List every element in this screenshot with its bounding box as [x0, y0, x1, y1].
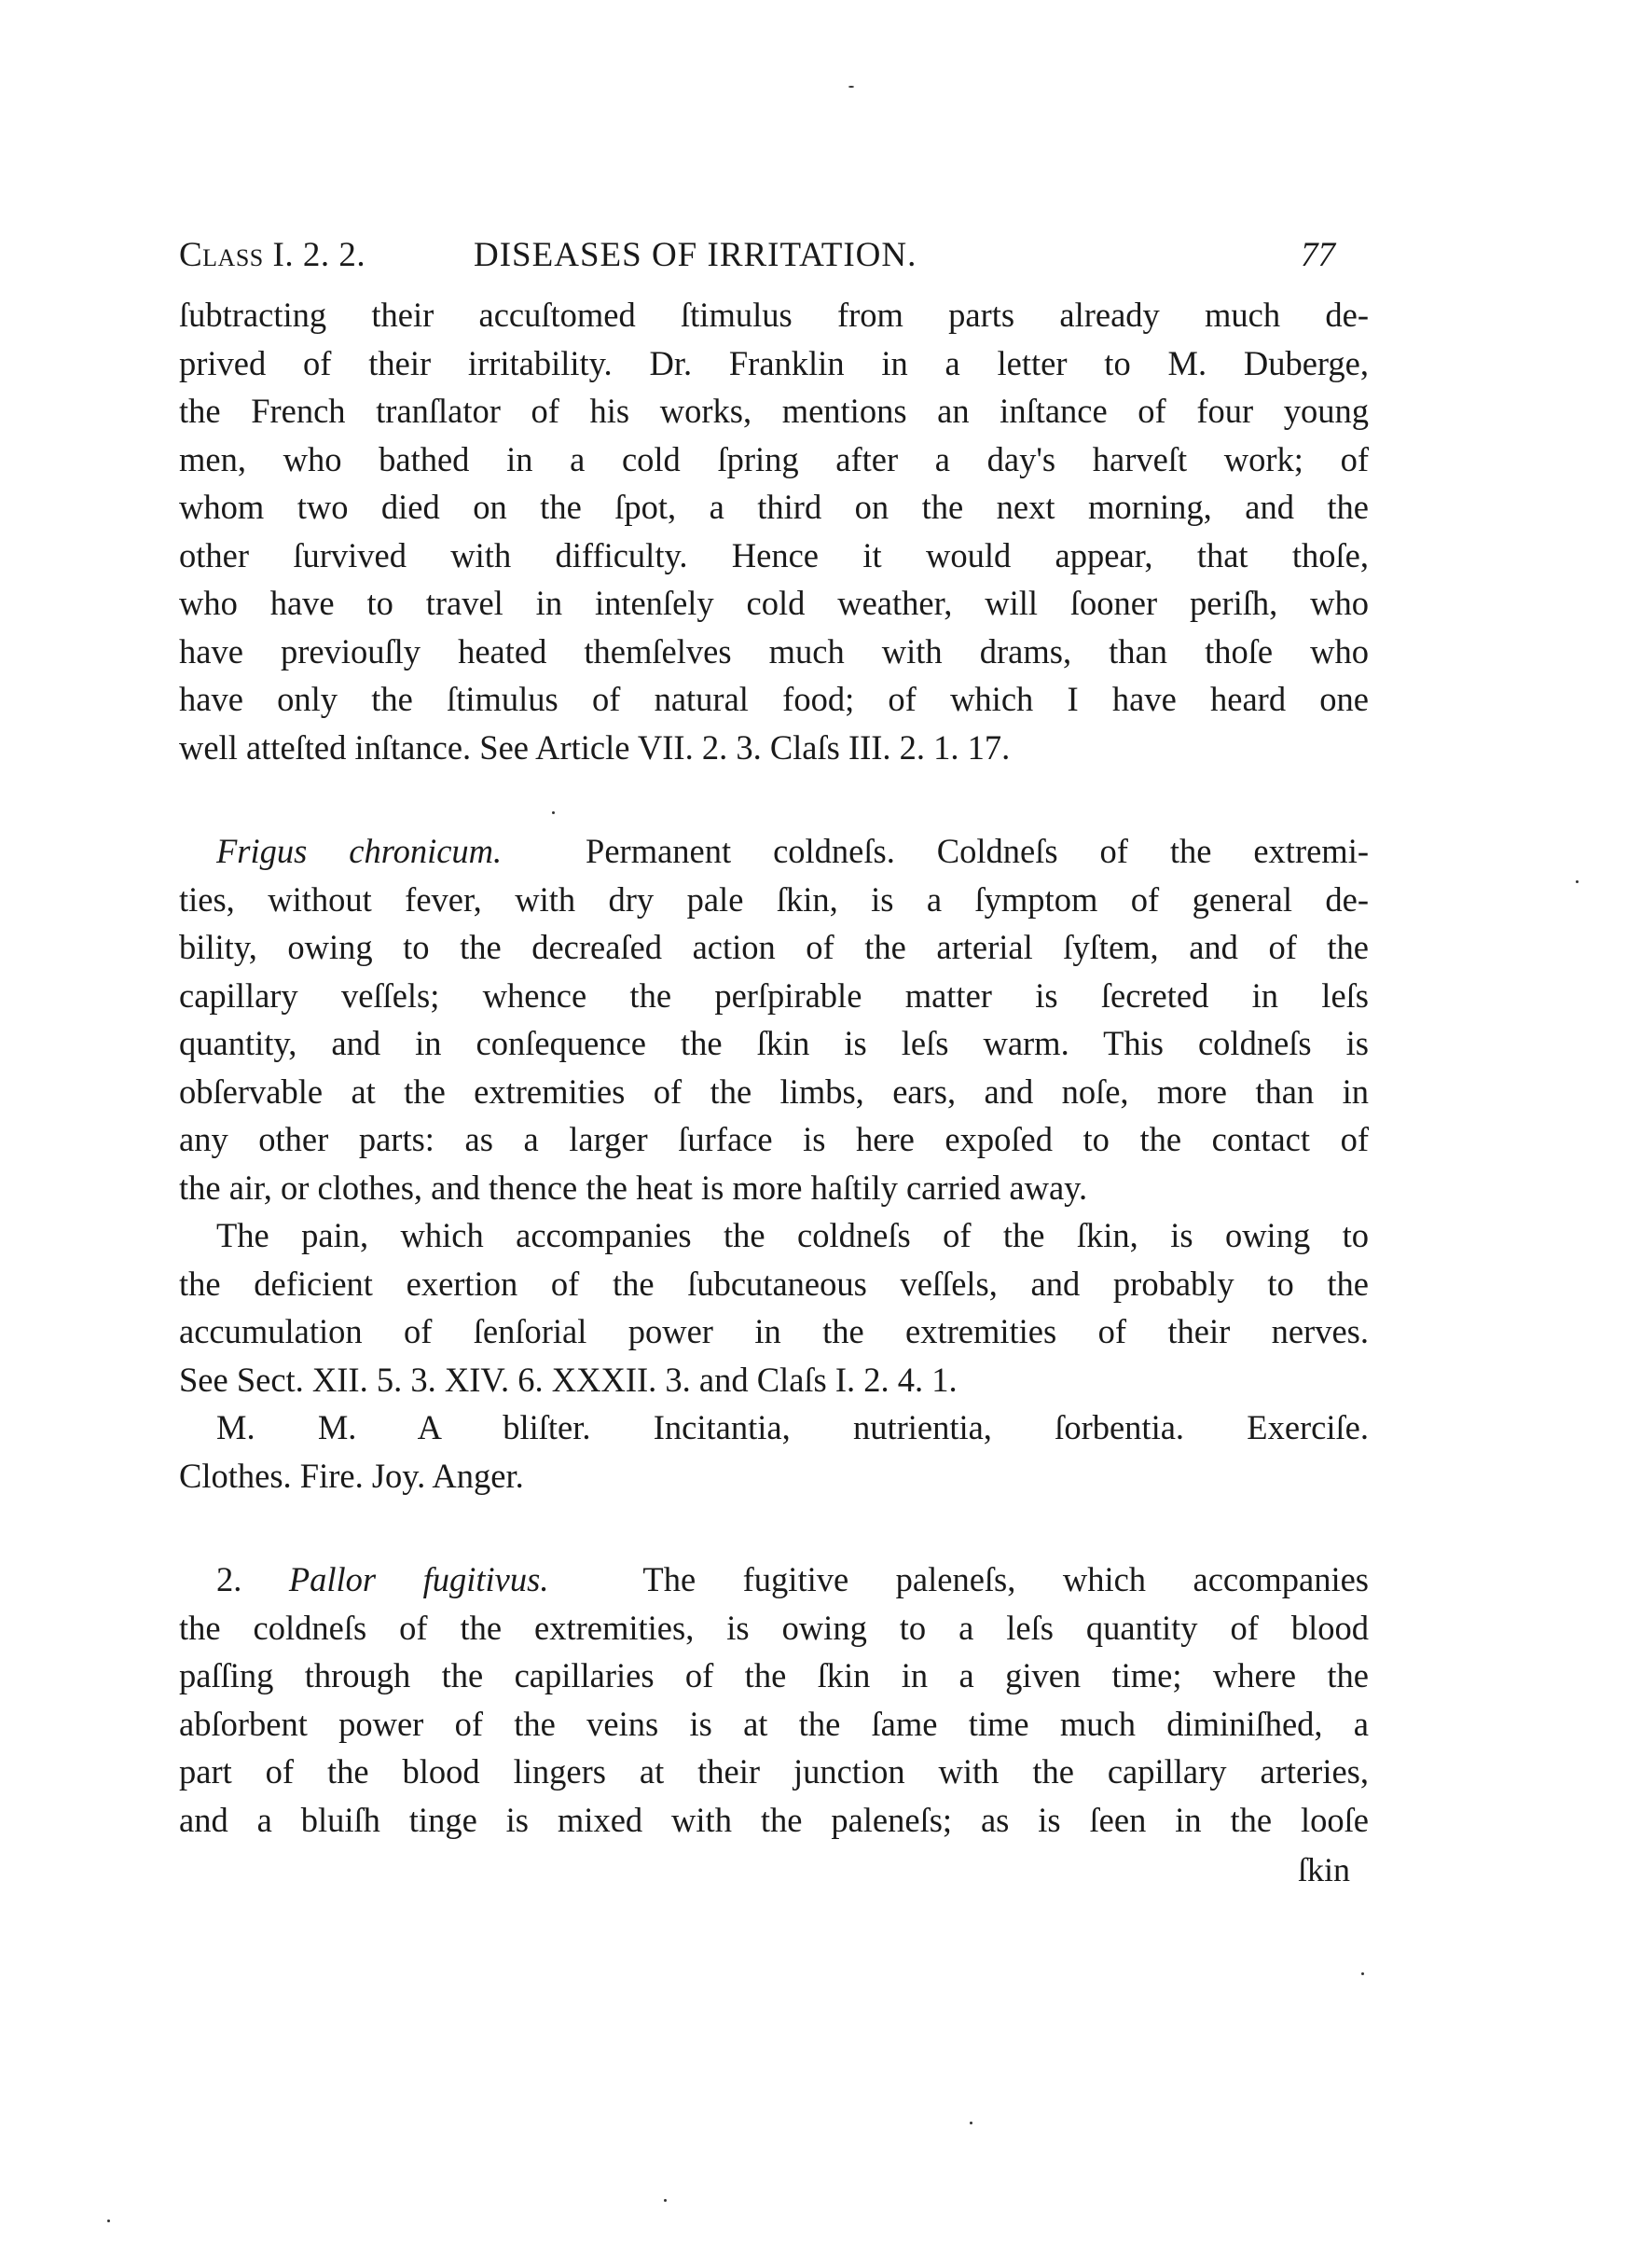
- cross-reference-line: See Sect. XII. 5. 3. XIV. 6. XXXII. 3. a…: [179, 1356, 1369, 1404]
- text-line: Clothes. Fire. Joy. Anger.: [179, 1452, 1369, 1500]
- ink-speck: [1361, 1972, 1364, 1975]
- text-line: have only the ſtimulus of natural food; …: [179, 675, 1369, 724]
- text-line: and a bluiſh tinge is mixed with the pal…: [179, 1796, 1369, 1845]
- ink-speck: [107, 2220, 110, 2222]
- section-term: Pallor fugitivus.: [289, 1560, 549, 1598]
- catchword: ſkin: [1298, 1846, 1350, 1894]
- section-gap: [179, 1500, 1369, 1556]
- running-header: Class I. 2. 2. DISEASES OF IRRITATION. 7…: [179, 231, 1335, 280]
- ink-speck: [970, 2122, 972, 2124]
- text-line: quantity, and in conſequence the ſkin is…: [179, 1019, 1369, 1068]
- text-line: accumulation of ſenſorial power in the e…: [179, 1307, 1369, 1356]
- paragraph-frigus-chronicum: Frigus chronicum. Permanent coldneſs. Co…: [179, 827, 1369, 1211]
- section-number: 2.: [216, 1560, 241, 1598]
- ink-speck: [848, 86, 854, 88]
- text-line: M. M. A bliſter. Incitantia, nutrientia,…: [179, 1404, 1369, 1452]
- section-first-line-text: Permanent coldneſs. Coldneſs of the extr…: [586, 832, 1369, 870]
- ink-speck: [664, 2199, 667, 2202]
- text-line: prived of their irritability. Dr. Frankl…: [179, 339, 1369, 388]
- book-page: Class I. 2. 2. DISEASES OF IRRITATION. 7…: [0, 0, 1641, 2268]
- text-line: the coldneſs of the extremities, is owin…: [179, 1604, 1369, 1653]
- page-body: ſubtracting their accuſtomed ſtimulus fr…: [179, 291, 1369, 1844]
- ink-speck: [1576, 880, 1579, 883]
- ink-speck: [552, 811, 555, 814]
- page-number: 77: [1301, 231, 1335, 280]
- text-line: part of the blood lingers at their junct…: [179, 1748, 1369, 1796]
- section-first-line: Frigus chronicum. Permanent coldneſs. Co…: [179, 827, 1369, 876]
- text-line: paſſing through the capillaries of the ſ…: [179, 1652, 1369, 1700]
- section-gap: [179, 771, 1369, 827]
- text-line: have previouſly heated themſelves much w…: [179, 628, 1369, 676]
- text-line: capillary veſſels; whence the perſpirabl…: [179, 972, 1369, 1020]
- text-line: men, who bathed in a cold ſpring after a…: [179, 436, 1369, 484]
- paragraph-materia-medica: M. M. A bliſter. Incitantia, nutrientia,…: [179, 1404, 1369, 1500]
- text-line: abſorbent power of the veins is at the ſ…: [179, 1700, 1369, 1749]
- text-line: The pain, which accompanies the coldneſs…: [179, 1211, 1369, 1260]
- text-line: any other parts: as a larger ſurface is …: [179, 1115, 1369, 1164]
- running-head-class: Class I. 2. 2.: [179, 231, 365, 280]
- section-first-line: 2. Pallor fugitivus. The fugitive palene…: [179, 1556, 1369, 1604]
- section-term: Frigus chronicum.: [216, 832, 502, 870]
- paragraph-pallor-fugitivus: 2. Pallor fugitivus. The fugitive palene…: [179, 1556, 1369, 1844]
- text-line: whom two died on the ſpot, a third on th…: [179, 483, 1369, 532]
- text-line: the air, or clothes, and thence the heat…: [179, 1164, 1369, 1212]
- text-line: the French tranſlator of his works, ment…: [179, 387, 1369, 436]
- text-line: ſubtracting their accuſtomed ſtimulus fr…: [179, 291, 1369, 339]
- running-head-title: DISEASES OF IRRITATION.: [474, 231, 917, 280]
- paragraph-continuation: ſubtracting their accuſtomed ſtimulus fr…: [179, 291, 1369, 771]
- text-line: ties, without fever, with dry pale ſkin,…: [179, 876, 1369, 924]
- text-line: the deficient exertion of the ſubcutaneo…: [179, 1260, 1369, 1308]
- text-line: bility, owing to the decreaſed action of…: [179, 923, 1369, 972]
- section-first-line-text: The fugitive paleneſs, which accompanies: [642, 1560, 1369, 1598]
- paragraph-pain: The pain, which accompanies the coldneſs…: [179, 1211, 1369, 1404]
- text-line: who have to travel in intenſely cold wea…: [179, 579, 1369, 628]
- text-line: obſervable at the extremities of the lim…: [179, 1068, 1369, 1116]
- cross-reference-line: well atteſted inſtance. See Article VII.…: [179, 724, 1369, 772]
- text-line: other ſurvived with difficulty. Hence it…: [179, 532, 1369, 580]
